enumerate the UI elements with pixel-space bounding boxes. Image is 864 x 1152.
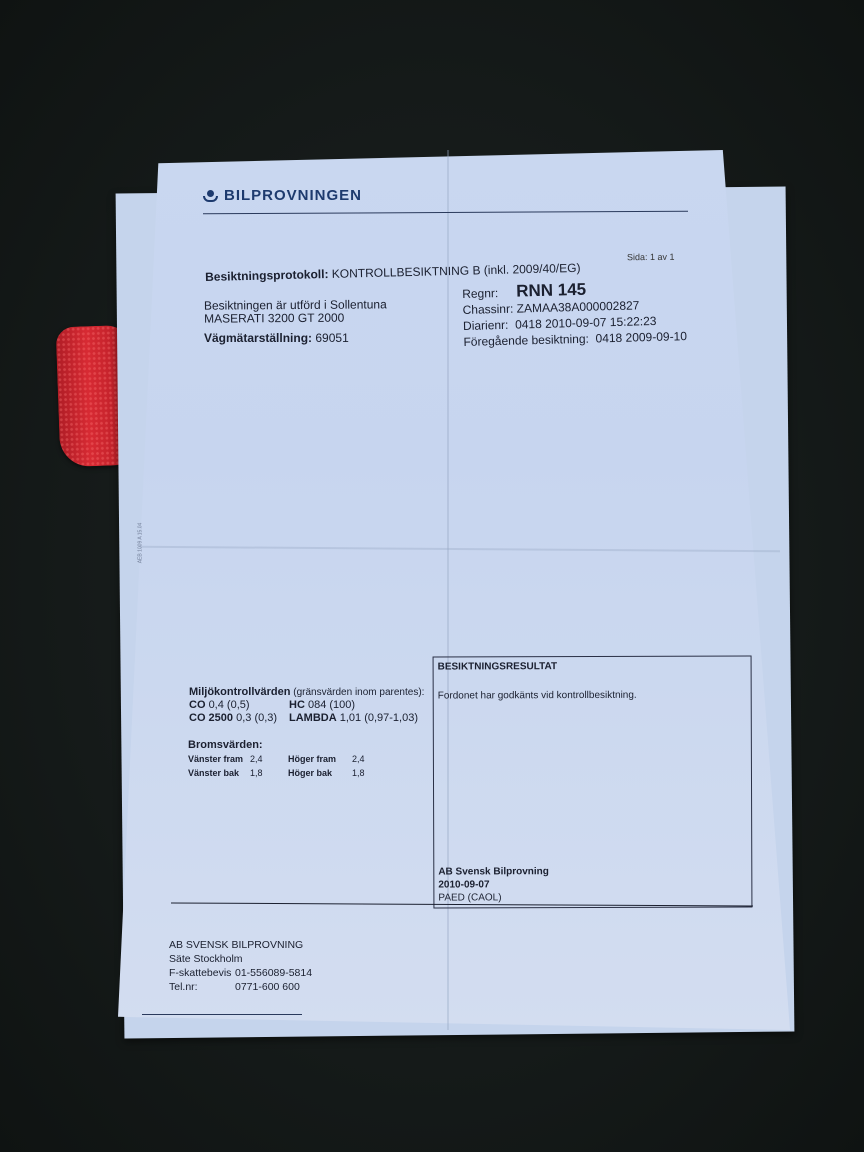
page-number: Sida: 1 av 1	[627, 252, 675, 262]
emission-hc: HC 084 (100)	[289, 699, 429, 712]
signer-id: PAED (CAOL)	[438, 891, 549, 904]
emission-values: Miljökontrollvärden (gränsvärden inom pa…	[189, 686, 429, 725]
odometer-label: Vägmätarställning:	[204, 331, 312, 345]
footer-company: AB SVENSK BILPROVNING	[169, 938, 365, 952]
emission-lambda: LAMBDA 1,01 (0,97-1,03)	[289, 712, 429, 725]
phone-label: Tel.nr:	[169, 980, 235, 994]
result-title: BESIKTNINGSRESULTAT	[438, 661, 557, 672]
tax-label: F-skattebevis	[169, 966, 235, 980]
regnr-label: Regnr:	[462, 286, 498, 301]
previous-inspection-label: Föregående besiktning:	[463, 332, 589, 349]
signer-company: AB Svensk Bilprovning	[438, 866, 549, 877]
odometer: Vägmätarställning: 69051	[204, 331, 349, 345]
registration-info: Regnr:RNN 145 Chassinr: ZAMAA38A00000282…	[462, 279, 687, 350]
form-code: AEB 1009 A 15.04	[137, 523, 143, 564]
brake-row-front: Vänster fram 2,4 Höger fram 2,4	[188, 752, 382, 766]
signer-date: 2010-09-07	[438, 879, 489, 890]
brake-values: Bromsvärden: Vänster fram 2,4 Höger fram…	[188, 738, 382, 780]
vehicle-info: Besiktningen är utförd i Sollentuna MASE…	[204, 298, 387, 325]
regnr-value: RNN 145	[516, 280, 586, 301]
brake-row-rear: Vänster bak 1,8 Höger bak 1,8	[188, 766, 382, 780]
brand-logo: BILPROVNINGEN	[203, 187, 362, 204]
result-signature: AB Svensk Bilprovning 2010-09-07 PAED (C…	[438, 865, 549, 904]
inspection-result-box: BESIKTNINGSRESULTAT Fordonet har godkänt…	[433, 655, 753, 908]
brakes-title: Bromsvärden:	[188, 738, 382, 752]
company-footer: AB SVENSK BILPROVNING Säte Stockholm F-s…	[169, 938, 365, 994]
diary-label: Diarienr:	[463, 318, 509, 333]
result-text: Fordonet har godkänts vid kontrollbesikt…	[438, 690, 637, 702]
bilprovningen-logo-icon	[203, 190, 219, 202]
emission-co: CO 0,4 (0,5)	[189, 699, 289, 712]
vehicle-model: MASERATI 3200 GT 2000	[204, 311, 387, 325]
emissions-title: Miljökontrollvärden	[189, 686, 290, 698]
brand-name: BILPROVNINGEN	[224, 187, 362, 204]
tax-value: 01-556089-5814	[235, 966, 365, 980]
chassis-label: Chassinr:	[462, 302, 513, 317]
odometer-value: 69051	[315, 331, 348, 345]
emission-co2500: CO 2500 0,3 (0,3)	[189, 712, 289, 725]
phone-value: 0771-600 600	[235, 980, 365, 994]
underlying-sheet-rule	[142, 1014, 302, 1015]
footer-seat: Säte Stockholm	[169, 952, 365, 966]
emissions-subtitle: (gränsvärden inom parentes):	[293, 687, 424, 698]
previous-inspection-value: 0418 2009-09-10	[595, 329, 687, 345]
